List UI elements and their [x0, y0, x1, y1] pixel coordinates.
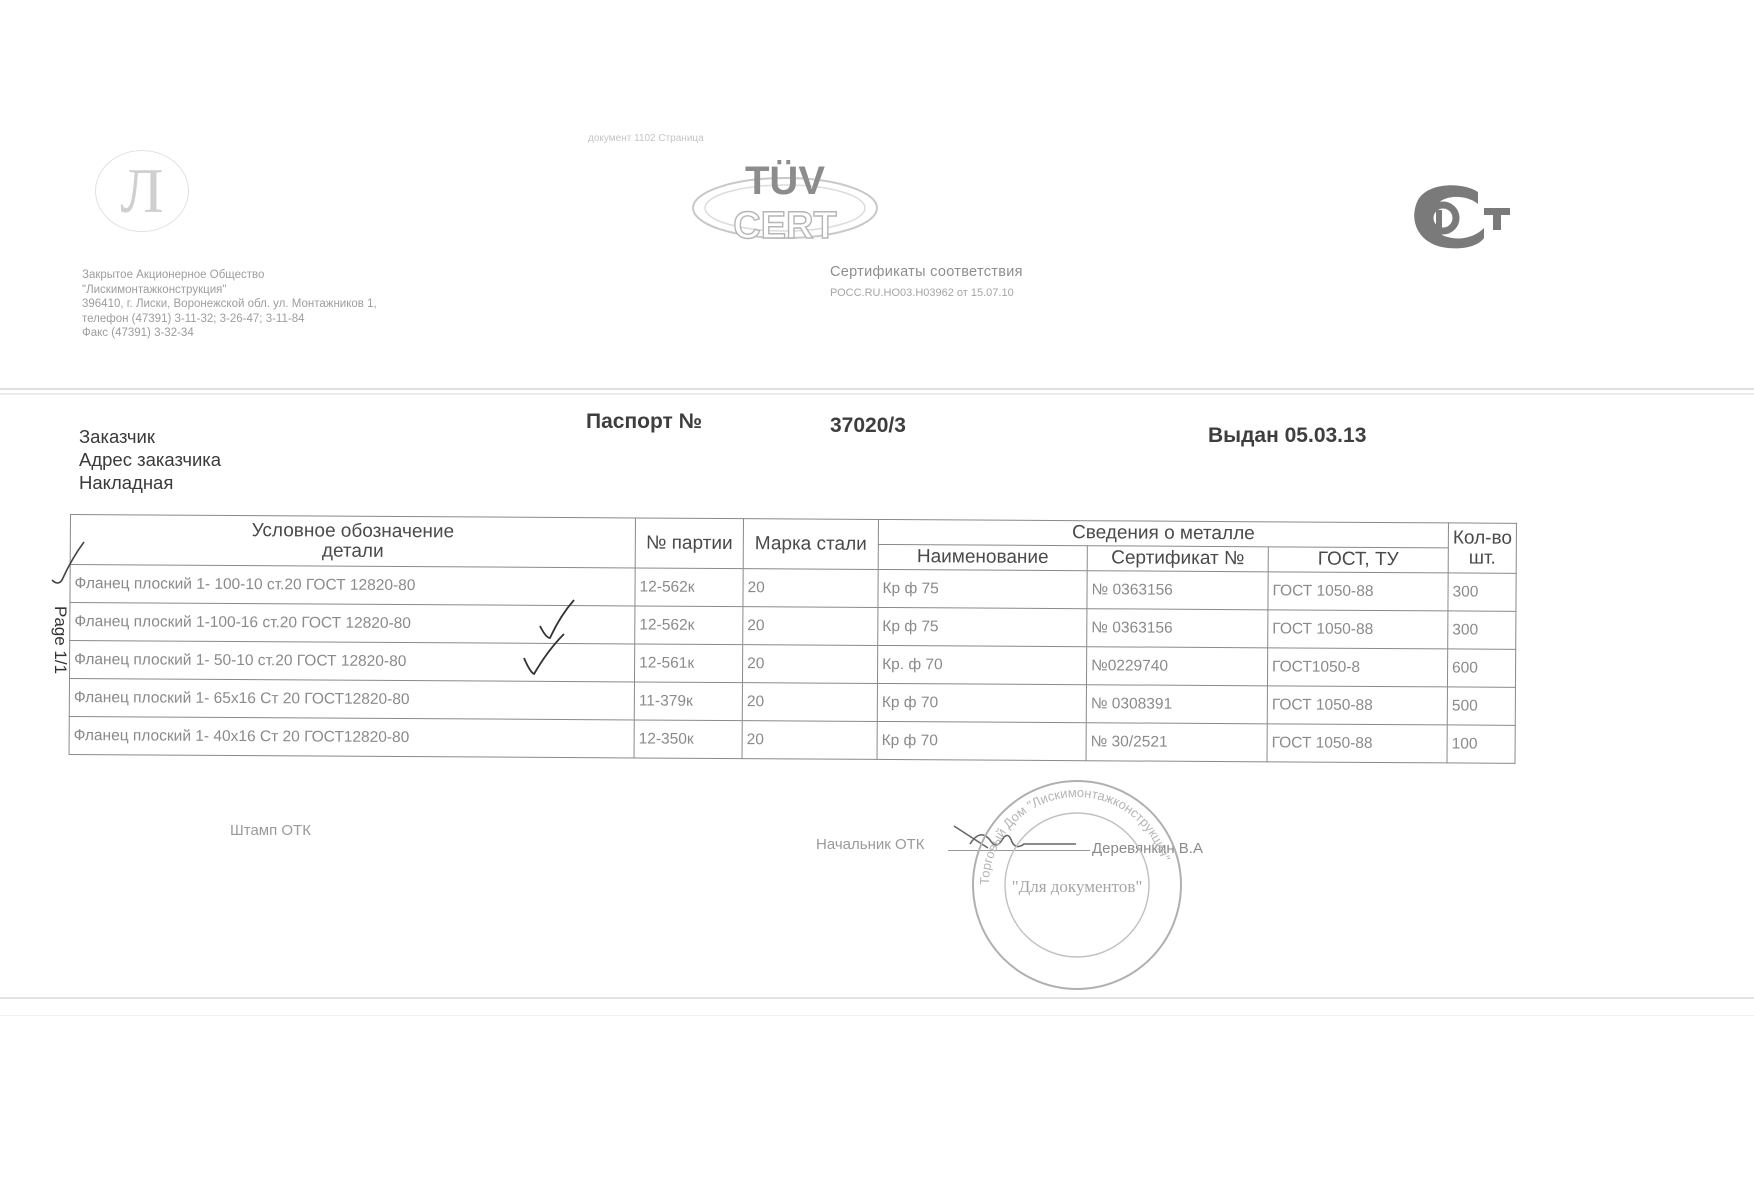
header-certificate: Сертификат №: [1087, 546, 1268, 572]
cell-metal-name: Кр ф 70: [877, 683, 1086, 722]
cell-batch: 11-379к: [634, 682, 742, 721]
cell-metal-name: Кр ф 75: [878, 607, 1087, 646]
cell-certificate: № 0308391: [1086, 685, 1267, 724]
issue-date: Выдан 05.03.13: [1208, 424, 1366, 448]
scan-band-line: [0, 393, 1754, 395]
cell-certificate: №0229740: [1086, 647, 1267, 686]
cell-designation: Фланец плоский 1- 65х16 Ст 20 ГОСТ12820-…: [69, 679, 634, 720]
invoice-label: Накладная: [79, 472, 173, 494]
cell-gost: ГОСТ 1050-88: [1268, 610, 1448, 649]
cell-gost: ГОСТ 1050-88: [1267, 686, 1447, 725]
header-designation-line2: детали: [75, 540, 631, 563]
table-row: Фланец плоский 1- 40х16 Ст 20 ГОСТ12820-…: [69, 716, 1515, 763]
cell-certificate: № 30/2521: [1086, 723, 1267, 762]
company-phone: телефон (47391) 3-11-32; 3-26-47; 3-11-8…: [82, 312, 377, 327]
header-designation: Условное обозначение детали: [70, 515, 635, 568]
svg-text:"Для документов": "Для документов": [1012, 877, 1143, 896]
handwritten-check-icon: [522, 632, 566, 678]
page-indicator: Page 1/1: [50, 606, 70, 674]
cell-metal-name: Кр ф 70: [877, 721, 1086, 760]
company-type: Закрытое Акционерное Общество: [82, 268, 377, 283]
company-address: 396410, г. Лиски, Воронежской обл. ул. М…: [82, 297, 377, 312]
cell-quantity: 500: [1447, 687, 1515, 725]
cell-steel: 20: [742, 645, 877, 684]
cell-quantity: 100: [1447, 725, 1515, 763]
header-metal-info: Сведения о металле: [878, 519, 1448, 547]
scan-band-line: [0, 997, 1754, 999]
cell-steel: 20: [742, 721, 877, 760]
customer-label: Заказчик: [79, 426, 155, 448]
rst-conformity-mark-icon: [1408, 180, 1518, 255]
scan-band-line: [0, 1015, 1754, 1016]
customer-address-label: Адрес заказчика: [79, 449, 221, 471]
company-name: "Лискимонтажконструкция": [82, 283, 377, 298]
cell-batch: 12-561к: [634, 644, 742, 683]
header-name: Наименование: [878, 544, 1087, 570]
cell-steel: 20: [742, 683, 877, 722]
header-gost: ГОСТ, ТУ: [1268, 547, 1448, 573]
cell-steel: 20: [743, 569, 878, 608]
certificates-number: РОСС.RU.НО03.Н03962 от 15.07.10: [830, 287, 1014, 299]
company-info: Закрытое Акционерное Общество "Лискимонт…: [82, 268, 377, 341]
header-batch: № партии: [635, 518, 743, 569]
cell-gost: ГОСТ1050-8: [1267, 648, 1447, 687]
cell-gost: ГОСТ 1050-88: [1268, 572, 1448, 611]
passport-table: Условное обозначение детали № партии Мар…: [69, 514, 1518, 764]
cell-metal-name: Кр. ф 70: [877, 645, 1086, 684]
header-quantity: Кол-во шт.: [1448, 523, 1516, 573]
certificates-title: Сертификаты соответствия: [830, 264, 1023, 280]
qc-chief-label: Начальник ОТК: [816, 836, 925, 853]
handwritten-check-icon: [48, 540, 88, 590]
scan-band-line: [0, 388, 1754, 390]
company-logo-glyph: Л: [120, 154, 163, 228]
cell-certificate: № 0363156: [1087, 609, 1268, 648]
tuv-cert-logo-icon: TÜV CERT: [690, 150, 880, 246]
cell-quantity: 300: [1448, 573, 1516, 611]
cell-batch: 12-562к: [635, 606, 743, 645]
cell-metal-name: Кр ф 75: [878, 569, 1087, 608]
cell-designation: Фланец плоский 1- 40х16 Ст 20 ГОСТ12820-…: [69, 716, 634, 757]
cell-quantity: 300: [1448, 611, 1516, 649]
header-quantity-line1: Кол-во: [1453, 528, 1512, 548]
passport-number-label: Паспорт №: [586, 410, 702, 434]
company-logo-icon: Л: [95, 150, 189, 232]
svg-text:TÜV: TÜV: [745, 158, 825, 203]
document-note: документ 1102 Страница: [588, 133, 704, 144]
company-seal-icon: Торговый Дом "Лискимонтажконструкция" "Д…: [965, 780, 1190, 990]
cell-quantity: 600: [1447, 649, 1515, 687]
qc-stamp-label: Штамп ОТК: [230, 822, 311, 839]
company-fax: Факс (47391) 3-32-34: [82, 326, 377, 341]
cell-batch: 12-350к: [634, 720, 742, 759]
cell-gost: ГОСТ 1050-88: [1267, 724, 1447, 763]
header-steel-grade: Марка стали: [743, 519, 878, 570]
passport-number: 37020/3: [830, 414, 906, 438]
header-quantity-line2: шт.: [1453, 548, 1512, 568]
svg-text:CERT: CERT: [733, 205, 836, 246]
cell-batch: 12-562к: [635, 568, 743, 607]
cell-certificate: № 0363156: [1087, 571, 1268, 610]
cell-steel: 20: [743, 607, 878, 646]
